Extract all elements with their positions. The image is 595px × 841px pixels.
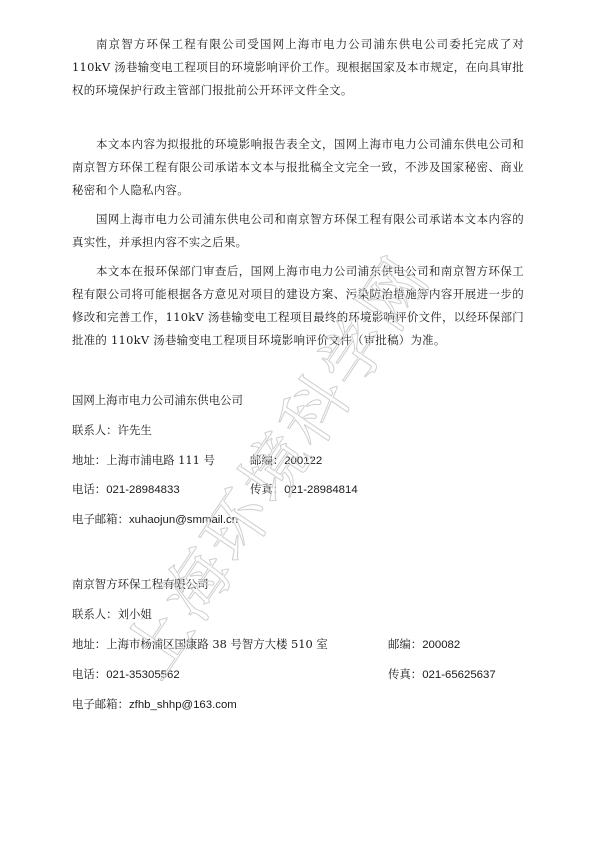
postcode-label: 邮编：	[388, 637, 422, 651]
address-row: 地址：上海市浦电路 111 号	[72, 452, 215, 468]
phone-row: 电话：021-35305562	[72, 666, 180, 683]
contact-name: 许先生	[118, 423, 152, 437]
postcode-value: 200122	[284, 455, 322, 467]
paragraph-content-statement: 本文本内容为拟报批的环境影响报告表全文，国网上海市电力公司浦东供电公司和南京智方…	[72, 133, 524, 202]
fax-value: 021-28984814	[284, 484, 357, 496]
fax-row: 传真：021-28984814	[250, 481, 358, 498]
address-row: 地址：上海市杨浦区国康路 38 号智方大楼 510 室	[72, 636, 328, 652]
paragraph-authenticity: 国网上海市电力公司浦东供电公司和南京智方环保工程有限公司承诺本文本内容的真实性，…	[72, 208, 524, 254]
fax-value: 021-65625637	[422, 669, 495, 681]
phone-row: 电话：021-28984833	[72, 481, 180, 498]
email-row: 电子邮箱：zfhb_shhp@163.com	[72, 696, 237, 713]
contact-label: 联系人：	[72, 607, 118, 621]
paragraph-commission: 南京智方环保工程有限公司受国网上海市电力公司浦东供电公司委托完成了对110kV …	[72, 33, 524, 102]
postcode-value: 200082	[422, 639, 460, 651]
fax-label: 传真：	[388, 667, 422, 681]
phone-label: 电话：	[72, 482, 106, 496]
contact-person-row: 联系人：许先生	[72, 422, 152, 438]
phone-value: 021-28984833	[106, 484, 179, 496]
fax-label: 传真：	[250, 482, 284, 496]
email-label: 电子邮箱：	[72, 697, 129, 711]
fax-row: 传真：021-65625637	[388, 666, 496, 683]
address-value: 上海市杨浦区国康路 38 号智方大楼 510 室	[106, 637, 328, 651]
address-value: 上海市浦电路 111 号	[106, 453, 215, 467]
postcode-row: 邮编：200082	[388, 636, 460, 653]
email-link[interactable]: zfhb_shhp@163.com	[129, 699, 237, 711]
email-label: 电子邮箱：	[72, 512, 129, 526]
contact-name: 刘小姐	[118, 607, 152, 621]
address-label: 地址：	[72, 453, 106, 467]
postcode-label: 邮编：	[250, 453, 284, 467]
email-row: 电子邮箱：xuhaojun@smmail.cn	[72, 511, 238, 528]
email-link[interactable]: xuhaojun@smmail.cn	[129, 514, 238, 526]
contact-label: 联系人：	[72, 423, 118, 437]
address-label: 地址：	[72, 637, 106, 651]
phone-value: 021-35305562	[106, 669, 179, 681]
company-name: 南京智方环保工程有限公司	[72, 576, 209, 592]
postcode-row: 邮编：200122	[250, 452, 322, 469]
contact-person-row: 联系人：刘小姐	[72, 606, 152, 622]
company-name: 国网上海市电力公司浦东供电公司	[72, 392, 243, 408]
phone-label: 电话：	[72, 667, 106, 681]
paragraph-review-note: 本文本在报环保部门审查后，国网上海市电力公司浦东供电公司和南京智方环保工程有限公…	[72, 260, 524, 352]
document-page: 南京智方环保工程有限公司受国网上海市电力公司浦东供电公司委托完成了对110kV …	[0, 0, 595, 841]
